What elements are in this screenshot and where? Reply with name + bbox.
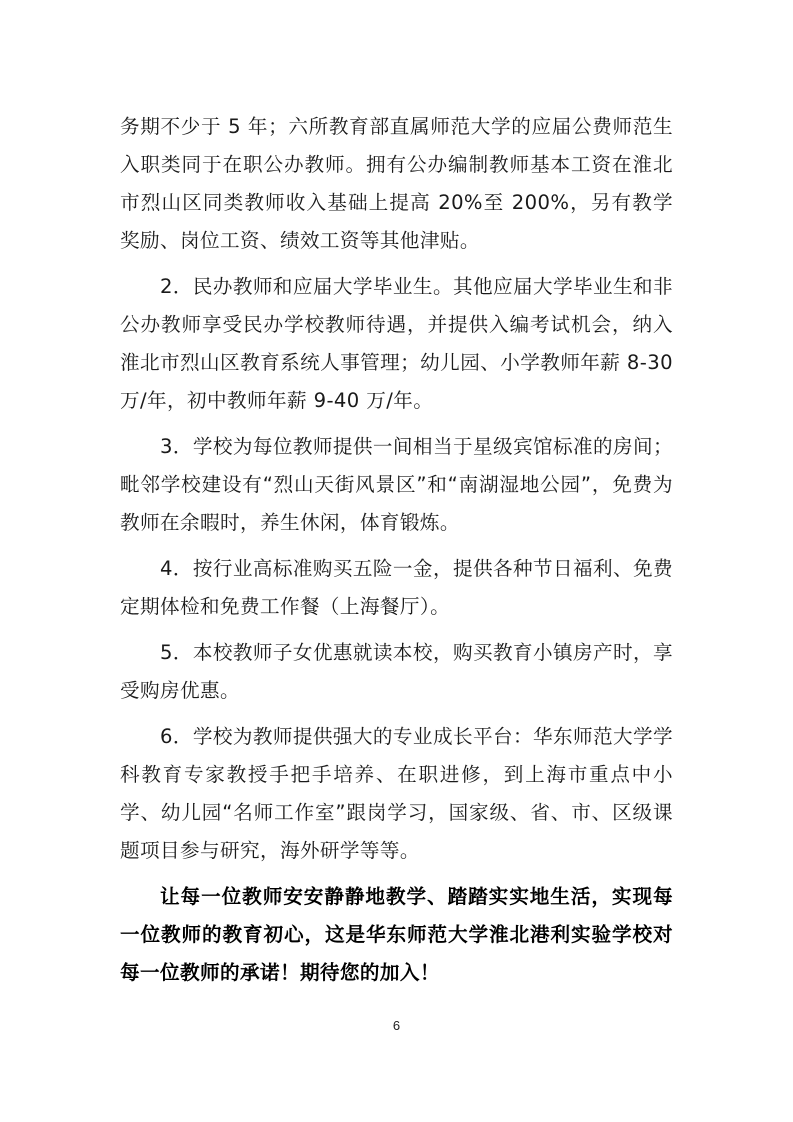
paragraph-closing-statement: 让每一位教师安安静静地教学、踏踏实实地生活，实现每一位教师的教育初心，这是华东师… [120, 878, 673, 992]
paragraph-item-2-private-teachers: 2．民办教师和应届大学毕业生。其他应届大学毕业生和非公办教师享受民办学校教师待遇… [120, 268, 673, 420]
paragraph-item-3-housing: 3．学校为每位教师提供一间相当于星级宾馆标准的房间；毗邻学校建设有“烈山天街风景… [120, 428, 673, 542]
document-body: 务期不少于 5 年；六所教育部直属师范大学的应届公费师范生入职类同于在职公办教师… [120, 108, 673, 1000]
paragraph-salary-continuation: 务期不少于 5 年；六所教育部直属师范大学的应届公费师范生入职类同于在职公办教师… [120, 108, 673, 260]
paragraph-item-5-children-education: 5．本校教师子女优惠就读本校，购买教育小镇房产时，享受购房优惠。 [120, 634, 673, 710]
paragraph-item-6-professional-growth: 6．学校为教师提供强大的专业成长平台：华东师范大学学科教育专家教授手把手培养、在… [120, 718, 673, 870]
page-number: 6 [0, 1018, 793, 1033]
paragraph-item-4-insurance: 4．按行业高标准购买五险一金，提供各种节日福利、免费定期体检和免费工作餐（上海餐… [120, 550, 673, 626]
